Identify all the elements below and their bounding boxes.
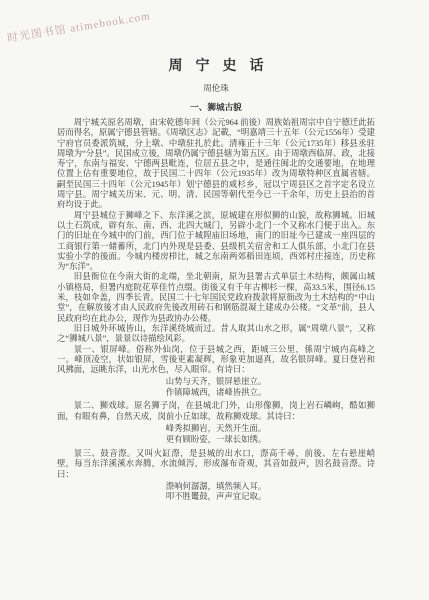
- poem-line: 叩不胜鼍鼓，声声宜记取。: [57, 492, 375, 503]
- poem-line: 漈响何潺潺，填然频入耳。: [57, 482, 375, 493]
- article: 周宁史话 周伦珠 一、狮城古貌 周宁城关原名周墩，由宋乾德年间（公元964 前後…: [57, 55, 375, 506]
- poem: 山势与天齐，银屏悬崖立。 作镇障城西，诸峰皆拱立。: [57, 377, 375, 398]
- document-page: 时光图书馆 atimebook.com 周宁史话 周伦珠 一、狮城古貌 周宁城关…: [0, 0, 429, 600]
- poem-line: 作镇障城西，诸峰皆拱立。: [57, 388, 375, 399]
- poem: 漈响何潺潺，填然频入耳。 叩不胜鼍鼓，声声宜记取。: [57, 482, 375, 503]
- author-name: 周伦珠: [57, 82, 375, 94]
- body-paragraph: 旧日城外环城皆山，东洋溪绕城而过。昔人取其山水之形，属“周墩八景”，又称之“狮城…: [57, 324, 375, 345]
- page-title: 周宁史话: [57, 55, 375, 75]
- watermark: 时光图书馆 atimebook.com: [6, 7, 152, 45]
- body-paragraph: 周宁县城位于狮峰之下、东洋溪之滨，原城建在形似狮的山貌，故称狮城。旧城以土石筑成…: [57, 211, 375, 273]
- poem: 峰秀拟狮岩，天然开生面。 更有顾盼姿，一球长如绣。: [57, 424, 375, 445]
- body-paragraph: 旧县衙位在今南大街的北端，坐北朝南，原为县署古式单层土木结构，颇属山城小镇格局，…: [57, 272, 375, 323]
- body-paragraph: 景一、银屏峰。俗称外仙岗，位于县城之西，距城三公里，係周宁城内高峰之一。峰顶凌空…: [57, 345, 375, 376]
- body-paragraph: 周宁城关原名周墩，由宋乾德年间（公元964 前後）周族始祖周宗中自宁德迁此拓居而…: [57, 118, 375, 211]
- poem-line: 峰秀拟狮岩，天然开生面。: [57, 424, 375, 435]
- section-heading: 一、狮城古貌: [57, 101, 375, 113]
- poem-line: 山势与天齐，银屏悬崖立。: [57, 377, 375, 388]
- body-paragraph: 景三、鼓音漈。又叫火缸漈，是县城的出水口，漈高千尋，前後、左右悬崖峭壁，每当东洋…: [57, 449, 375, 480]
- poem-line: 更有顾盼姿，一球长如绣。: [57, 435, 375, 446]
- body-paragraph: 景二、狮戏球。原名狮子岗，在县城北门外，山形像狮，岗上岩石嶙峋，酷如狮面，有眼有…: [57, 401, 375, 422]
